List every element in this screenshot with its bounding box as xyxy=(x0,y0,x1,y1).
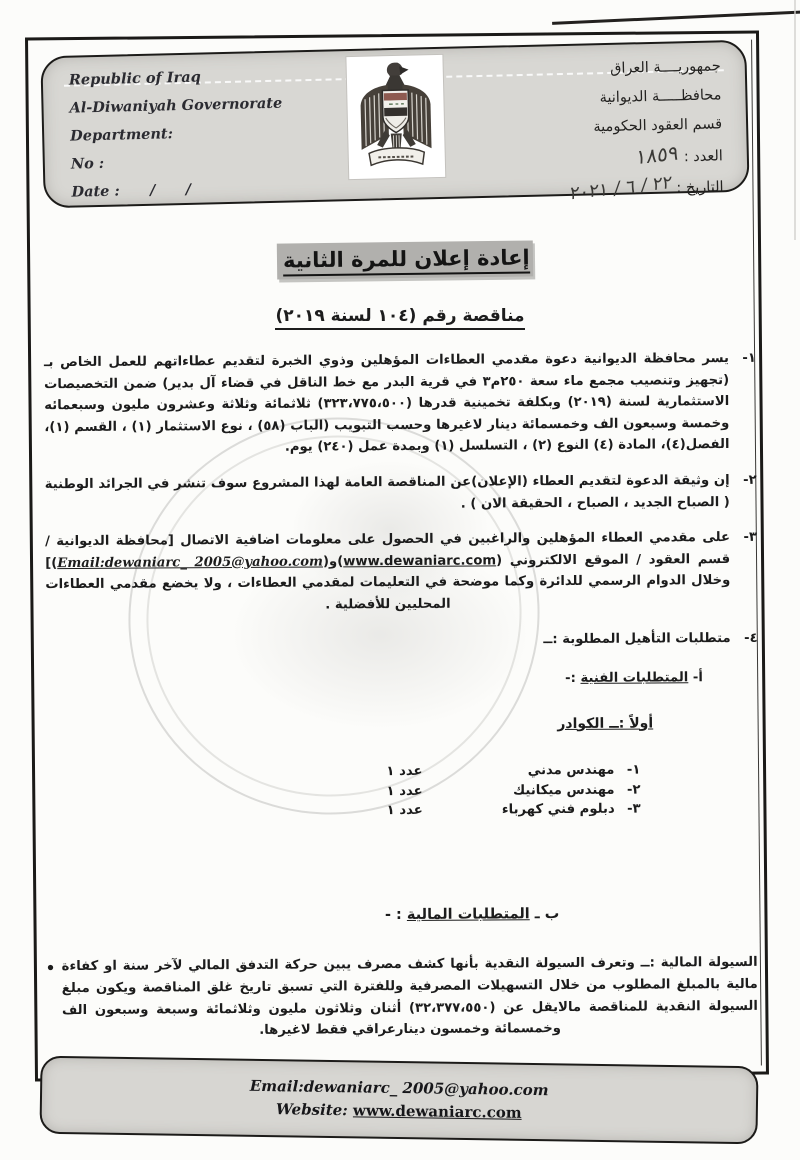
financial-requirements-heading: ب ـ المتطلبات المالية : - xyxy=(47,904,559,929)
announcement-title-highlight: إعادة إعلان للمرة الثانية xyxy=(277,240,533,279)
letter-date-label: التاريخ : xyxy=(676,179,724,196)
footer-email-label: Email: xyxy=(250,1077,304,1096)
letterhead-ar-country: جمهوريــــة العراق xyxy=(566,52,721,85)
list-item-2: ٢- إن وثيقة الدعوة لتقديم العطاء (الإعلا… xyxy=(45,470,757,518)
list-item-4: ٤- متطلبات التأهيل المطلوبة :ــ xyxy=(46,627,758,653)
cadre-2-name: مهندس ميكانيك xyxy=(423,781,615,802)
technical-suffix: :- xyxy=(565,671,580,686)
footer-email-value[interactable]: dewaniarc_ 2005@yahoo.com xyxy=(304,1078,549,1100)
financial-liquidity-text: السيولة المالية :ــ وتعرف السيولة النقدي… xyxy=(62,955,758,1038)
cadre-1-name: مهندس مدني xyxy=(422,761,614,782)
letterhead: Republic of IraqAl-Diwaniyah Governorate… xyxy=(40,40,749,209)
technical-requirements-heading: أ- المتطلبات الفنية :- xyxy=(46,667,703,693)
letterhead-ar-department: قسم العقود الحكومية xyxy=(567,110,722,143)
item-4-text: متطلبات التأهيل المطلوبة :ــ xyxy=(46,628,731,654)
iraq-coat-of-arms-icon xyxy=(348,57,443,175)
letterhead-ar-governorate: محافظـــــة الديوانية xyxy=(567,81,722,114)
financial-liquidity-paragraph: • السيولة المالية :ــ وتعرف السيولة النق… xyxy=(48,952,759,1043)
item-1-number: ١- xyxy=(729,348,757,456)
document-body: ١- يسر محافظة الديوانية دعوة مقدمي العطا… xyxy=(44,348,760,1043)
item-2-text: إن وثيقة الدعوة لتقديم العطاء (الإعلان)ع… xyxy=(45,470,730,517)
cadre-row: ٣- دبلوم فني كهرباء عدد ١ xyxy=(47,800,641,823)
iraq-emblem xyxy=(346,55,445,179)
footer-website-label: Website: xyxy=(276,1100,353,1119)
letter-number-line: العدد : ١٨٥٩ xyxy=(568,139,723,175)
list-item-1: ١- يسر محافظة الديوانية دعوة مقدمي العطا… xyxy=(44,348,757,460)
financial-suffix: : - xyxy=(385,907,407,923)
cadre-3-count: عدد ١ xyxy=(353,801,423,821)
cadre-3-number: ٣- xyxy=(615,800,641,820)
technical-title: المتطلبات الفنية xyxy=(580,670,688,686)
footer-contact-bar: Email:dewaniarc_ 2005@yahoo.com Website:… xyxy=(39,1056,758,1145)
item-3-text-mid: )و( xyxy=(323,554,343,569)
letterhead-english: Republic of IraqAl-Diwaniyah Governorate… xyxy=(69,62,285,207)
item-3-text: على مقدمي العطاء المؤهلين والراغبين في ا… xyxy=(45,527,731,618)
item-4-number: ٤- xyxy=(731,627,758,649)
scan-shadow-right xyxy=(794,0,796,240)
letter-date-handwritten: ٢٢ / ٦ / ٢٠٢١ xyxy=(568,168,672,209)
tender-number-title-wrap: مناقصة رقم (١٠٤ لسنة ٢٠١٩) xyxy=(0,306,800,326)
item-2-number: ٢- xyxy=(730,470,757,513)
letter-number-label: العدد : xyxy=(684,148,723,165)
letter-date-line: التاريخ : ٢٢ / ٦ / ٢٠٢١ xyxy=(569,171,724,206)
announcement-title: إعادة إعلان للمرة الثانية xyxy=(283,245,530,276)
cadre-1-count: عدد ١ xyxy=(352,762,422,782)
item-1-text: يسر محافظة الديوانية دعوة مقدمي العطاءات… xyxy=(44,348,730,460)
footer-website-line: Website: www.dewaniarc.com xyxy=(276,1098,522,1125)
footer-website-value[interactable]: www.dewaniarc.com xyxy=(353,1101,522,1122)
cadre-3-name: دبلوم فني كهرباء xyxy=(423,800,615,821)
tender-number-title: مناقصة رقم (١٠٤ لسنة ٢٠١٩) xyxy=(275,306,524,330)
financial-title: المتطلبات المالية xyxy=(407,906,530,923)
letterhead-en-governorate: Al-Diwaniyah Governorate xyxy=(69,90,282,123)
list-item-3: ٣- على مقدمي العطاء المؤهلين والراغبين ف… xyxy=(45,527,758,618)
scan-paper-edge xyxy=(552,10,800,25)
cadres-list: ١- مهندس مدني عدد ١ ٢- مهندس ميكانيك عدد… xyxy=(46,761,640,823)
email-link[interactable]: Email:dewaniarc_ 2005@yahoo.com xyxy=(57,554,323,571)
cadre-1-number: ١- xyxy=(614,761,640,781)
cadre-2-number: ٢- xyxy=(615,780,641,800)
letter-number-handwritten: ١٨٥٩ xyxy=(635,138,680,172)
technical-prefix: أ- xyxy=(688,670,703,685)
cadre-2-count: عدد ١ xyxy=(353,782,423,802)
cadres-heading: أولاً :ــ الكوادر xyxy=(46,713,653,738)
financial-prefix: ب ـ xyxy=(530,906,560,922)
website-link[interactable]: www.dewaniarc.com xyxy=(343,553,496,569)
letterhead-arabic: جمهوريــــة العراق محافظـــــة الديوانية… xyxy=(566,52,724,206)
item-3-number: ٣- xyxy=(730,527,758,614)
bullet-icon: • xyxy=(46,959,56,981)
letterhead-en-date: Date : / / xyxy=(71,174,284,207)
